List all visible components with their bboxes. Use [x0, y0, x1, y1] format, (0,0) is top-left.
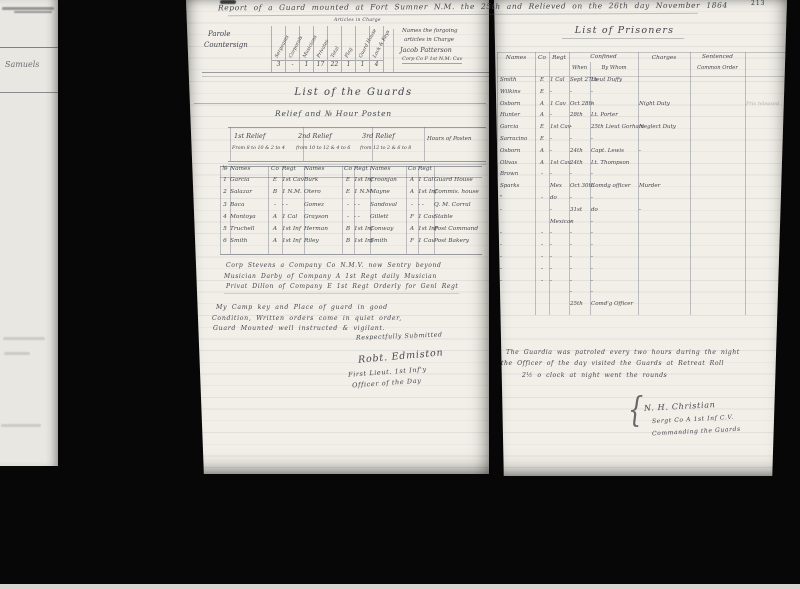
guard-regt: - -	[282, 203, 304, 209]
guard-regt: 1st Inf	[354, 178, 370, 184]
guard-regt: 1 Cav	[418, 239, 434, 245]
prisoner-confined-by: -	[591, 90, 637, 96]
prisoner-name: Smith	[500, 78, 535, 84]
prisoner-regt: 1st Cav	[550, 125, 569, 131]
prisoner-charge: Night Duty	[639, 102, 689, 108]
guard-name: Burk	[304, 178, 342, 184]
summary-column: Musicians 1	[299, 26, 313, 72]
visit-note-line: The Guardia was patroled every two hours…	[506, 350, 740, 356]
summary-column-value: 22	[328, 60, 341, 72]
guard-co: A	[406, 190, 418, 196]
guard-name: Mayne	[370, 190, 406, 196]
prisoner-row: - - - - -	[492, 243, 787, 255]
table-rule	[228, 127, 486, 128]
prisoner-charge: Murder	[639, 184, 689, 190]
guards-table-rows: 1 Garcia E 1st Cav Burk E 1st Inf Croonj…	[186, 178, 489, 252]
prisoner-regt: 1 Cal	[550, 78, 569, 84]
prisoner-name: -	[500, 208, 535, 214]
relief-cell: 2nd Relief from 10 to 12 & 4 to 6	[296, 130, 360, 160]
articles-group-label: Articles in Charge	[334, 19, 381, 24]
guards-table-row: 2 Salazar B 1 N.M. Otero E 1 N.M. Mayne …	[186, 190, 489, 202]
charge-note-signature: Jacob Patterson	[400, 47, 452, 54]
prisoner-regt: Mexican	[550, 220, 569, 226]
prisoner-confined-when: -	[570, 243, 590, 249]
prisoner-confined-by: Lt. Porter	[591, 113, 637, 119]
prisoner-row: Sarracino E - - -	[492, 137, 787, 149]
prisoner-co: A	[535, 161, 549, 167]
prisoner-co: -	[535, 172, 549, 178]
prisoner-confined-when: -	[570, 279, 590, 285]
guard-regt: 1st Inf	[354, 239, 370, 245]
prisoner-regt: -	[550, 208, 569, 214]
guard-regt: - -	[354, 203, 370, 209]
prisoner-confined-when: 31st	[570, 208, 590, 214]
relief-name: 3rd Relief	[362, 132, 395, 140]
summary-column-value: 3	[272, 60, 285, 72]
guard-regt: 1st Inf	[282, 239, 304, 245]
guard-number: 1	[220, 178, 230, 184]
handwriting-smudge	[2, 7, 54, 10]
scanned-document: Samuels Parole Countersign Articles in C…	[0, 0, 800, 589]
prisoner-regt: -	[550, 267, 569, 273]
col-header-sentenced: Sentenced	[690, 55, 745, 61]
relief-hours: from 12 to 2 & 6 to 8	[360, 146, 411, 151]
guard-regt: - -	[354, 215, 370, 221]
guard-name: Gomez	[304, 203, 342, 209]
prisoner-name: Wilkins	[500, 90, 535, 96]
page-number: 213	[751, 1, 765, 7]
prisoner-regt: -	[550, 243, 569, 249]
prisoner-regt: do	[550, 196, 569, 202]
guard-co: E	[342, 178, 354, 184]
prisoner-name: -	[500, 231, 535, 237]
guard-name: Grayson	[304, 215, 342, 221]
handwriting-smudge	[3, 337, 45, 340]
prisoner-confined-when: 25th	[570, 302, 590, 308]
prisoner-row: 25th Comd'g Officer	[492, 302, 787, 314]
prisoner-row: - - - - -	[492, 255, 787, 267]
table-rule	[220, 254, 482, 255]
prisoner-co: E	[535, 137, 549, 143]
prisoner-regt: -	[550, 113, 569, 119]
prisoner-regt: -	[550, 172, 569, 178]
table-rule	[202, 76, 489, 77]
scan-bottom-strip	[0, 584, 800, 589]
col-header-by-whom: By Whom	[590, 66, 638, 71]
prisoner-row: Garcia E 1st Cav - 25th Lieut Gorham Neg…	[492, 125, 787, 137]
prisoner-confined-when: 24th	[570, 161, 590, 167]
prisoner-co: E	[535, 90, 549, 96]
summary-column-label: Flag	[345, 47, 354, 59]
guard-co: A	[406, 178, 418, 184]
prisoner-name: -	[500, 255, 535, 261]
prisoner-confined-by: 25th Lieut Gorham	[591, 125, 637, 131]
prisoner-name: -	[500, 267, 535, 273]
guard-name: Herman	[304, 227, 342, 233]
table-rule	[497, 52, 785, 53]
prisoner-name: -	[500, 243, 535, 249]
guard-number: 4	[220, 215, 230, 221]
col-header-names: Names	[370, 167, 406, 173]
prisoner-confined-by: -	[591, 196, 637, 202]
prisoners-page: List of Prisoners Names Co Regt Confined…	[492, 0, 787, 476]
table-rule	[228, 164, 486, 165]
prisoner-co: -	[535, 196, 549, 202]
guard-co: F	[406, 239, 418, 245]
guard-co: B	[268, 190, 282, 196]
col-header-regt: Regt	[354, 167, 370, 173]
handwriting-smudge	[1, 424, 41, 427]
prisoner-confined-when: Oct 28th	[570, 102, 590, 108]
charge-note-line: articles in Charge	[404, 38, 454, 44]
sergeant-signature-name: N. H. Christian	[644, 401, 716, 413]
prisoner-confined-by: -	[591, 243, 637, 249]
relief-hours: From 8 to 10 & 2 to 4	[232, 146, 285, 151]
prisoner-row: Osborn A 1 Cav Oct 28th - Night Duty Pri…	[492, 102, 787, 114]
prisoner-row: Wilkins E - - -	[492, 90, 787, 102]
guards-list-title: List of the Guards	[246, 88, 461, 98]
guard-co: B	[342, 239, 354, 245]
summary-column: Guard House 1	[355, 26, 369, 72]
strength-summary-grid: Sergeants 3 Corporals - Musicians 1 Priv…	[271, 26, 384, 72]
guard-name: Croonjan	[370, 178, 406, 184]
sergeant-signature-rank: Sergt Co A 1st Inf C.V.	[652, 415, 734, 425]
title-underline	[562, 38, 684, 39]
col-header-names: Names	[304, 167, 342, 173]
condition-line: Guard Mounted well instructed & vigilant…	[213, 326, 385, 332]
guard-post: Stable	[434, 215, 484, 221]
prisoner-name: Olivas	[500, 161, 535, 167]
guard-name: Smith	[370, 239, 406, 245]
guard-name: Baca	[230, 203, 268, 209]
relief-subtitle: Relief and № Hour Posten	[261, 110, 406, 118]
countersign-label: Countersign	[204, 42, 248, 49]
prisoner-confined-when: -	[570, 90, 590, 96]
prisoner-co: -	[535, 231, 549, 237]
prisoner-charge: Neglect Duty	[639, 125, 689, 131]
prisoner-confined-by: -	[591, 172, 637, 178]
prisoner-regt: 1 Cav	[550, 102, 569, 108]
col-header-co: Co	[268, 167, 282, 173]
guard-regt: 1st Inf	[354, 227, 370, 233]
prisoner-regt: -	[550, 90, 569, 96]
table-rule	[393, 29, 394, 72]
summary-column: Sergeants 3	[271, 26, 285, 72]
guard-number: 2	[220, 190, 230, 196]
prisoner-regt: Mex	[550, 184, 569, 190]
guard-co: A	[268, 239, 282, 245]
prisoner-confined-by: -	[591, 102, 637, 108]
guard-name: Montoya	[230, 215, 268, 221]
col-header-when: When	[569, 66, 590, 71]
relief-name: 2nd Relief	[298, 132, 332, 140]
guard-regt: 1st Cav	[282, 178, 304, 184]
respectfully-line: Respectfully Submitted	[356, 332, 443, 341]
prisoner-row: - - 31st do -	[492, 208, 787, 220]
summary-column: Total 22	[327, 26, 341, 72]
prisoner-confined-by: Comd'g Officer	[591, 302, 637, 308]
prisoner-confined-by: -	[591, 231, 637, 237]
guard-post: Q. M. Corral	[434, 203, 484, 209]
col-header-confined: Confined	[569, 55, 638, 61]
ruled-line	[0, 47, 58, 48]
prisoner-regt: 1st Cav	[550, 161, 569, 167]
guard-post: Post Command	[434, 227, 484, 233]
summary-column-value: -	[286, 60, 299, 72]
guard-number: 5	[220, 227, 230, 233]
prisoner-confined-by: Capt. Lewis	[591, 149, 637, 155]
detail-line: Corp Stevens a Company Co N.M.V. now Sen…	[226, 263, 441, 269]
margin-handwriting: Samuels	[5, 61, 39, 69]
guard-name: Gillett	[370, 215, 406, 221]
prisoner-confined-when: -	[570, 290, 590, 296]
prisoner-confined-by: -	[591, 255, 637, 261]
prisoner-name: Hunter	[500, 113, 535, 119]
summary-column-label: Total	[331, 46, 341, 59]
guard-co: E	[268, 178, 282, 184]
guard-co: E	[342, 190, 354, 196]
prisoner-confined-when: 24th	[570, 149, 590, 155]
guard-name: Riley	[304, 239, 342, 245]
guard-name: Salazar	[230, 190, 268, 196]
col-header-sentenced-sub: Common Order	[690, 66, 745, 71]
charge-note-line: Corp Co F 1st N.M. Cav	[402, 57, 462, 64]
section-rule	[194, 103, 486, 104]
prisoner-row: - - - - -	[492, 231, 787, 243]
col-header-names: Names	[497, 56, 535, 62]
summary-column-value: 1	[356, 60, 369, 72]
guard-regt: 1st Inf	[418, 190, 434, 196]
table-rule	[202, 72, 489, 73]
col-header-co: Co	[342, 167, 354, 173]
prisoner-name: Osborn	[500, 149, 535, 155]
summary-column: Corporals -	[285, 26, 299, 72]
officer-signature-title: Officer of the Day	[352, 378, 422, 389]
prisoner-row: - - - - -	[492, 267, 787, 279]
prisoner-regt: -	[550, 255, 569, 261]
prisoner-co: E	[535, 125, 549, 131]
prisoner-row: Olivas A 1st Cav 24th Lt. Thompson	[492, 161, 787, 173]
guard-name: Otero	[304, 190, 342, 196]
prisoner-charge: -	[639, 208, 689, 214]
col-header-charges: Charges	[638, 56, 690, 62]
prisoner-regt: -	[550, 137, 569, 143]
visit-note-line: the Officer of the day visited the Guard…	[501, 361, 724, 367]
guard-regt: 1 Cal	[418, 178, 434, 184]
summary-column: Flag 1	[341, 26, 355, 72]
parole-label: Parole	[208, 31, 231, 38]
signature-brace: {	[628, 393, 643, 428]
guard-co: A	[406, 227, 418, 233]
visit-note-line: 2½ o clock at night went the rounds	[522, 373, 667, 379]
prisoner-confined-when: -	[570, 125, 590, 131]
prisoner-row: " - do - -	[492, 196, 787, 208]
summary-column-value: 17	[314, 60, 327, 72]
prisoner-confined-by: Comdg officer	[591, 184, 637, 190]
officer-signature-name: Robt. Edmiston	[358, 348, 444, 365]
guard-co: -	[268, 203, 282, 209]
prisoner-row: Osborn A - 24th Capt. Lewis -	[492, 149, 787, 161]
prisoner-co: A	[535, 149, 549, 155]
summary-column: Privates 17	[313, 26, 327, 72]
prisoner-name: Osborn	[500, 102, 535, 108]
col-header-regt: Regt	[418, 167, 434, 173]
prisoner-regt: -	[550, 231, 569, 237]
guard-name: Truchell	[230, 227, 268, 233]
prisoner-co: E	[535, 78, 549, 84]
prisoner-name: Sarracino	[500, 137, 535, 143]
guard-name: Conway	[370, 227, 406, 233]
prisoner-confined-by: -	[591, 267, 637, 273]
guard-regt: 1 Cav	[418, 215, 434, 221]
guard-number: 6	[220, 239, 230, 245]
col-header-number: №	[220, 167, 230, 173]
prisoner-row: - - - - -	[492, 279, 787, 291]
prisoner-co: A	[535, 113, 549, 119]
table-rule	[230, 127, 231, 161]
guard-post: Guard House	[434, 178, 484, 184]
guard-co: -	[342, 215, 354, 221]
summary-column-value: 4	[370, 60, 383, 72]
prisoner-confined-by: Lt. Thompson	[591, 161, 637, 167]
prisoner-confined-by: -	[591, 220, 637, 226]
adjacent-page-edge: Samuels	[0, 0, 58, 466]
summary-column-value: 1	[342, 60, 355, 72]
prisoner-confined-when: Oct 30th	[570, 184, 590, 190]
prisoner-name: Garcia	[500, 125, 535, 131]
prisoner-regt: -	[550, 279, 569, 285]
prisoner-row: - -	[492, 290, 787, 302]
col-header-co: Co	[406, 167, 418, 173]
prisoner-co: -	[535, 279, 549, 285]
prisoner-confined-when: -	[570, 255, 590, 261]
relief-note: Hours of Posten	[427, 137, 472, 143]
prisoner-confined-when: -	[570, 231, 590, 237]
summary-column: Lock & Keys 4	[369, 26, 384, 72]
guards-table-row: 6 Smith A 1st Inf Riley B 1st Inf Smith …	[186, 239, 489, 251]
prisoner-confined-by: -	[591, 137, 637, 143]
report-page: Parole Countersign Articles in Charge Se…	[186, 0, 489, 474]
prisoner-confined-when: Sept 27th	[570, 78, 590, 84]
guard-post: Commis. house	[434, 190, 484, 196]
prisoner-regt: -	[550, 149, 569, 155]
prisoner-confined-by: Lieut Duffy	[591, 78, 637, 84]
detail-line: Privat Dillon of Company E 1st Regt Orde…	[226, 284, 458, 290]
table-rule	[228, 161, 486, 162]
summary-column-value: 1	[300, 60, 313, 72]
prisoner-confined-when: -	[570, 267, 590, 273]
prisoner-row: Mexican - -	[492, 220, 787, 232]
guard-name: Garcia	[230, 178, 268, 184]
cut-off-marking	[220, 0, 236, 4]
guard-co: F	[406, 215, 418, 221]
table-rule	[424, 127, 425, 161]
prisoner-confined-when: -	[570, 172, 590, 178]
condition-line: My Camp key and Place of guard in good	[216, 305, 388, 311]
relief-cell: 1st Relief From 8 to 10 & 2 to 4	[232, 130, 296, 160]
condition-line: Condition, Written orders come in quiet …	[212, 316, 402, 322]
prisoner-co: A	[535, 102, 549, 108]
detail-line: Musician Darby of Company A 1st Regt dai…	[224, 274, 437, 280]
col-header-co: Co	[535, 56, 549, 62]
col-header-regt: Regt	[282, 167, 304, 173]
summary-column-label: Lock & Keys	[373, 30, 392, 59]
prisoner-confined-by: -	[591, 279, 637, 285]
prisoner-name: "	[500, 196, 535, 202]
guard-regt: 1 Cal	[282, 215, 304, 221]
prisoner-charge: -	[639, 149, 689, 155]
guard-name: Sandoval	[370, 203, 406, 209]
prisoner-row: Sparks Mex Oct 30th Comdg officer Murder	[492, 184, 787, 196]
relief-hours: from 10 to 12 & 4 to 6	[296, 146, 350, 151]
prisoner-co: -	[535, 267, 549, 273]
prisoner-confined-when: -	[570, 137, 590, 143]
ruled-line	[0, 92, 58, 93]
prisoners-title: List of Prisoners	[552, 26, 697, 36]
prisoner-name: Sparks	[500, 184, 535, 190]
prisoner-row: Smith E 1 Cal Sept 27th Lieut Duffy	[492, 78, 787, 90]
prisoner-confined-when: -	[570, 196, 590, 202]
table-rule	[785, 52, 786, 315]
guard-regt: - -	[418, 203, 434, 209]
prisoner-confined-when: 28th	[570, 113, 590, 119]
section-rule	[224, 293, 459, 294]
charge-note-line: Names the forgoing	[402, 29, 458, 35]
prisoner-confined-by: do	[591, 208, 637, 214]
guard-regt: 1 N.M.	[354, 190, 370, 196]
prisoner-confined-when: -	[570, 220, 590, 226]
guard-co: A	[268, 215, 282, 221]
guard-regt: 1st Inf	[282, 227, 304, 233]
prisoner-name: Brown	[500, 172, 535, 178]
relief-cell: 3rd Relief from 12 to 2 & 6 to 8	[360, 130, 424, 160]
prisoner-co: -	[535, 255, 549, 261]
sergeant-signature-title: Commanding the Guards	[652, 427, 741, 438]
guard-regt: 1st Inf	[418, 227, 434, 233]
prisoner-co: -	[535, 243, 549, 249]
handwriting-smudge	[4, 352, 30, 355]
guard-co: -	[342, 203, 354, 209]
relief-cells: 1st Relief From 8 to 10 & 2 to 4 2nd Rel…	[232, 130, 424, 160]
guard-co: A	[268, 227, 282, 233]
handwriting-smudge	[14, 11, 52, 13]
guard-name: Smith	[230, 239, 268, 245]
guard-co: B	[342, 227, 354, 233]
relief-name: 1st Relief	[234, 132, 265, 140]
prisoners-table-rows: Smith E 1 Cal Sept 27th Lieut Duffy Wilk…	[492, 78, 787, 314]
guard-number: 3	[220, 203, 230, 209]
col-header-names: Names	[230, 167, 268, 173]
guard-regt: 1 N.M.	[282, 190, 304, 196]
prisoner-name: -	[500, 279, 535, 285]
guard-co: -	[406, 203, 418, 209]
prisoner-confined-by: -	[591, 290, 637, 296]
col-header-regt: Regt	[549, 56, 569, 62]
guard-post: Post Bakery	[434, 239, 484, 245]
pencil-annotation: Pris released	[746, 102, 784, 107]
